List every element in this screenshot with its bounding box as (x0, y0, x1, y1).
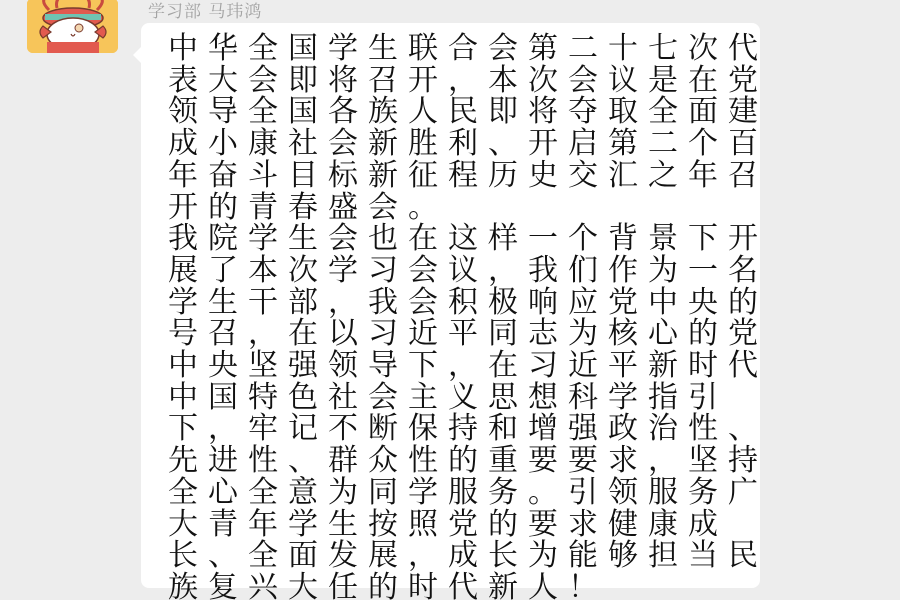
message-line: 族复兴大任的时代新人！ (168, 572, 768, 600)
message-line: 领导全国各族人民即将夺取全面建 (168, 96, 768, 128)
bubble-tail (133, 47, 141, 63)
message-line: 开的青春盛会。 (168, 192, 768, 224)
sender-name: 学习部 马玮鸿 (148, 2, 262, 22)
message-bubble[interactable]: 中华全国学生联合会第二十七次代 表大会即将召开，本次会议是在党 领导全国各族人民… (141, 23, 760, 588)
message-line: 先进性、群众性的重要要求，坚持 (168, 445, 768, 477)
message-text: 中华全国学生联合会第二十七次代 表大会即将召开，本次会议是在党 领导全国各族人民… (168, 33, 768, 600)
message-line: 全心全意为同学服务。引领服务广 (168, 477, 768, 509)
message-line: 长、全面发展，成长为能够担当民 (168, 540, 768, 572)
message-line: 学生干部，我会积极响应党中央的 (168, 287, 768, 319)
message-line: 大青年学生按照党的要求健康成 (168, 509, 768, 541)
message-line: 成小康社会新胜利、开启第二个百 (168, 128, 768, 160)
message-line: 中国特色社会主义思想科学指引 (168, 382, 768, 414)
message-line: 中央坚强领导下，在习近平新时代 (168, 350, 768, 382)
lion-dance-avatar-icon (27, 0, 118, 53)
message-line: 表大会即将召开，本次会议是在党 (168, 65, 768, 97)
message-line: 我院学生会也在这样一个背景下开 (168, 223, 768, 255)
message-line: 展了本次学习会议，我们作为一名 (168, 255, 768, 287)
message-line: 年奋斗目标新征程历史交汇之年召 (168, 160, 768, 192)
message-line: 号召，在以习近平同志为核心的党 (168, 318, 768, 350)
message-line: 下，牢记不断保持和增强政治性、 (168, 413, 768, 445)
message-line: 中华全国学生联合会第二十七次代 (168, 33, 768, 65)
avatar[interactable] (27, 0, 118, 53)
